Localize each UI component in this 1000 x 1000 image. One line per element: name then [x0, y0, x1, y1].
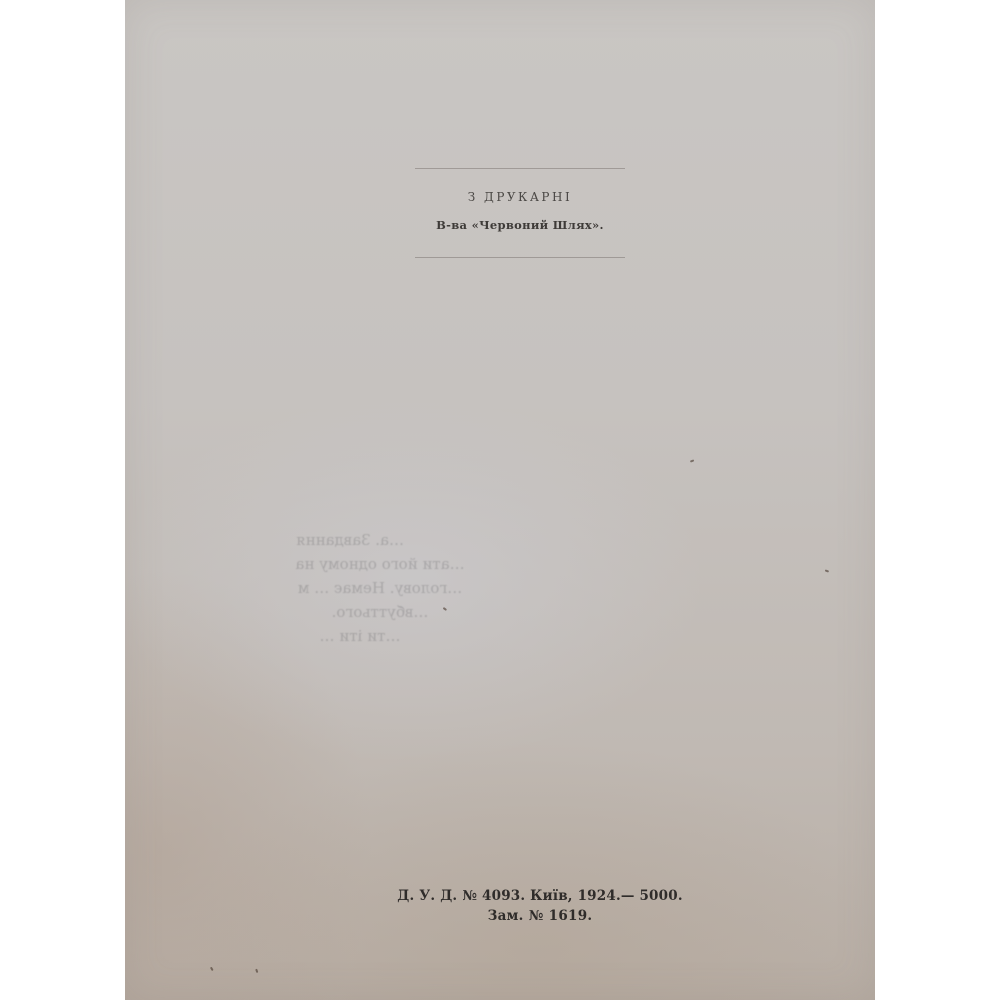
show-through-line: …ати його одному на [200, 552, 560, 576]
paper-speck [210, 967, 213, 971]
paper-speck [256, 969, 259, 973]
show-through-line: …голову. Немає … м [200, 576, 560, 600]
show-through-line: …вбуттього. [200, 600, 560, 624]
book-page: З ДРУКАРНІ В-ва «Червоний Шлях». …а. Зав… [125, 0, 875, 1000]
imprint-top-rule [415, 168, 625, 169]
colophon-order-number: Зам. № 1619. [380, 908, 700, 924]
paper-speck [690, 459, 694, 462]
paper-speck [825, 569, 829, 572]
imprint-publisher-name: В-ва «Червоний Шлях». [415, 218, 625, 232]
printer-imprint: З ДРУКАРНІ В-ва «Червоний Шлях». [415, 168, 625, 258]
colophon-print-info: Д. У. Д. № 4093. Київ, 1924.— 5000. [380, 888, 700, 904]
imprint-bottom-rule [415, 257, 625, 258]
reverse-side-show-through: …а. Завдання …ати його одному на …голову… [200, 528, 560, 648]
show-through-line: …а. Завдання [200, 528, 560, 552]
show-through-line: …ти іти … [200, 624, 560, 648]
colophon: Д. У. Д. № 4093. Київ, 1924.— 5000. Зам.… [380, 888, 700, 924]
imprint-printer-label: З ДРУКАРНІ [415, 190, 625, 204]
